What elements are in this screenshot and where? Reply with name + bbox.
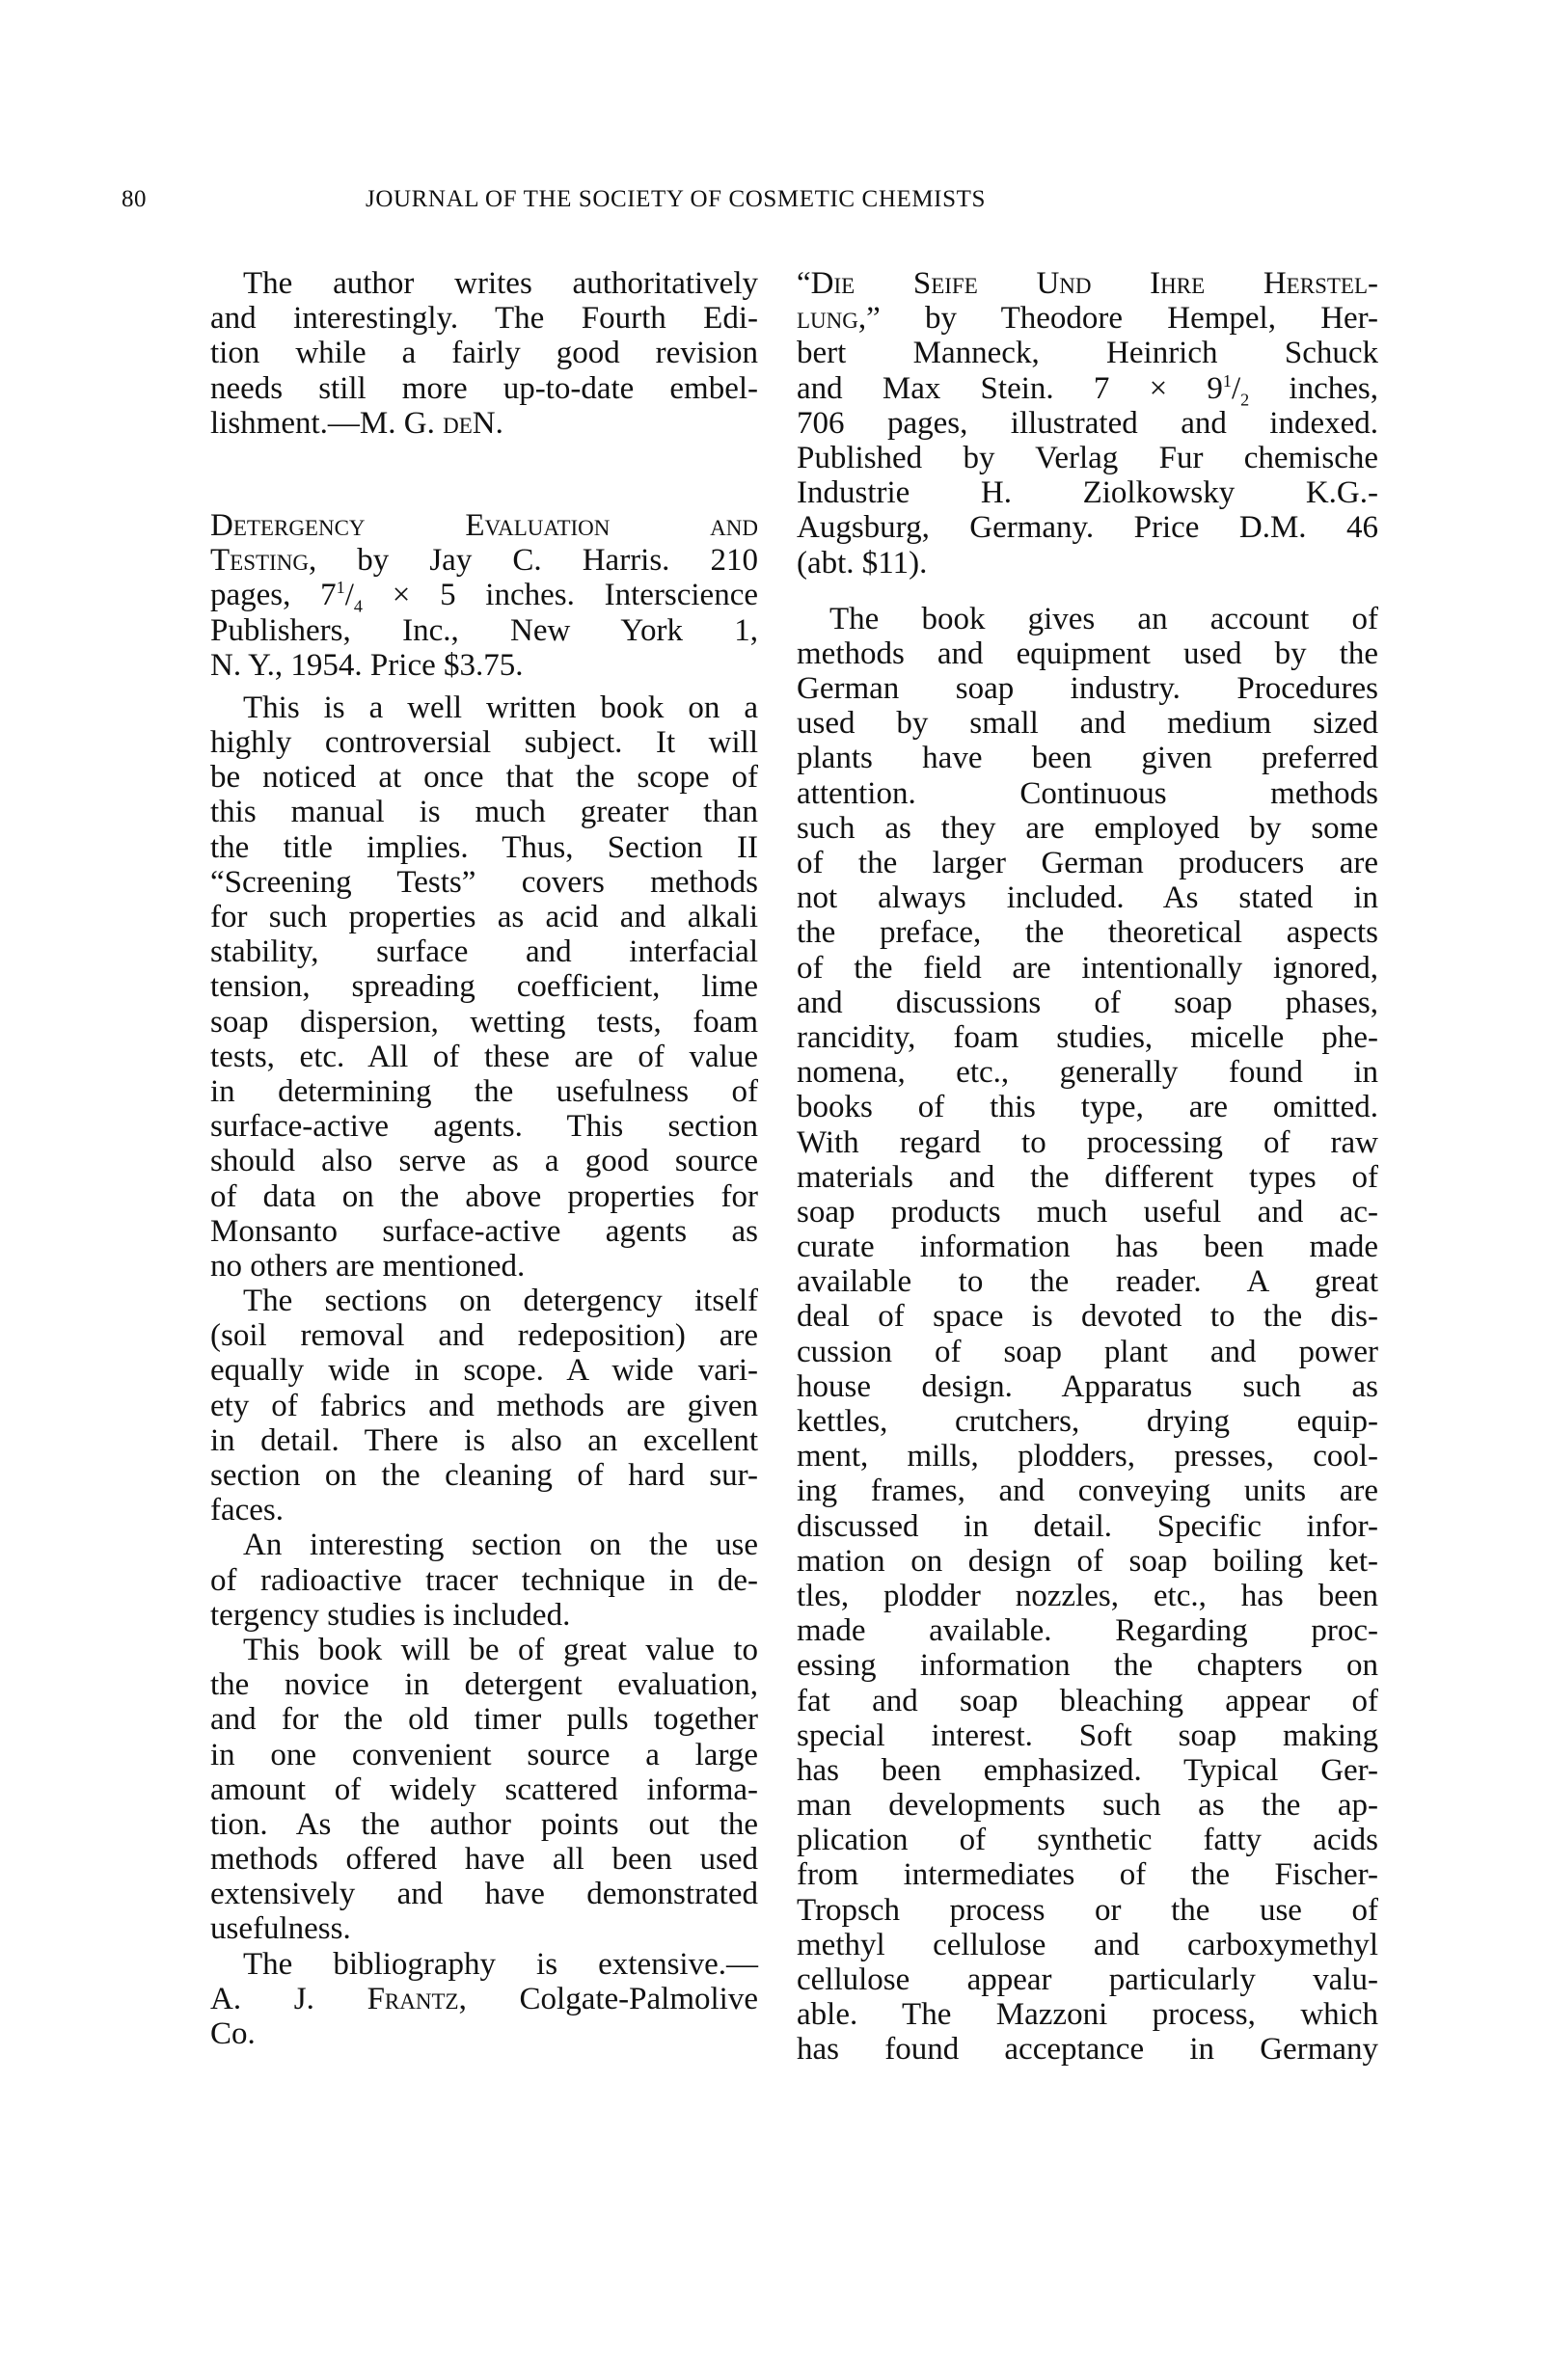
dims-rest: × 5 inches. Interscience [363, 578, 758, 612]
text-line: house design. Apparatus such as [797, 1369, 1378, 1404]
review-paragraph-4: This book will be of great value to the … [210, 1633, 758, 1947]
text-line: soap products much useful and ac- [797, 1195, 1378, 1230]
book-title-line: Testing, by Jay C. Harris. 210 [210, 543, 758, 578]
signature-suffix: . [496, 406, 503, 441]
text-line: Co. [210, 2016, 758, 2051]
text-line: and for the old timer pulls together [210, 1702, 758, 1737]
dims-text: pages, 7 [210, 578, 337, 612]
text-line: man developments such as the ap- [797, 1788, 1378, 1823]
book-pages-line: 706 pages, illustrated and indexed. [797, 406, 1378, 441]
book-publisher-line: Industrie H. Ziolkowsky K.G.- [797, 475, 1378, 510]
text-line: in determining the usefulness of [210, 1074, 758, 1109]
text-line: tension, spreading coefficient, lime [210, 969, 758, 1004]
book-entry-seife: “Die Seife Und Ihre Herstel- lung,” by T… [797, 266, 1378, 581]
text-line: no others are mentioned. [210, 1249, 758, 1284]
text-line: able. The Mazzoni process, which [797, 1997, 1378, 2032]
text-line: usefulness. [210, 1911, 758, 1946]
text-line: in detail. There is also an excellent [210, 1423, 758, 1458]
text-line: kettles, crutchers, drying equip- [797, 1404, 1378, 1439]
text-line: of the field are intentionally ignored, [797, 951, 1378, 986]
text-line: attention. Continuous methods [797, 776, 1378, 811]
review-paragraph-3: An interesting section on the use of rad… [210, 1528, 758, 1633]
text-line: methods offered have all been used [210, 1842, 758, 1877]
text-line: used by small and medium sized [797, 706, 1378, 741]
reviewer-signature-line: A. J. Frantz, Colgate-Palmolive [210, 1982, 758, 2016]
signature-prefix: lishment.—M. G. [210, 406, 443, 441]
text-line: available to the reader. A great [797, 1264, 1378, 1299]
book-authors-line: bert Manneck, Heinrich Schuck [797, 336, 1378, 370]
left-column: The author writes authoritatively and in… [210, 266, 758, 2051]
text-line: Tropsch process or the use of [797, 1893, 1378, 1928]
text-line: for such properties as acid and alkali [210, 900, 758, 934]
text-line: This is a well written book on a [210, 690, 758, 725]
text-line: fat and soap bleaching appear of [797, 1684, 1378, 1718]
journal-title: JOURNAL OF THE SOCIETY OF COSMETIC CHEMI… [366, 186, 986, 213]
section-gap [210, 441, 758, 508]
text-line: faces. [210, 1493, 758, 1528]
review-final-paragraph: The bibliography is extensive.— A. J. Fr… [210, 1947, 758, 2052]
book-title-word: Testing [210, 543, 309, 578]
book-authors: ,” by Theodore Hempel, Her- [858, 301, 1378, 336]
text-line: ing frames, and conveying units are [797, 1474, 1378, 1508]
text-line: discussed in detail. Specific infor- [797, 1509, 1378, 1544]
text-line: cussion of soap plant and power [797, 1335, 1378, 1369]
fraction: 1/4 [337, 578, 363, 612]
text-line: methods and equipment used by the [797, 636, 1378, 671]
text-line: the title implies. Thus, Section II [210, 830, 758, 865]
book-title-line: “Die Seife Und Ihre Herstel- [797, 266, 1378, 301]
reviewer-name: Frantz [367, 1982, 459, 2016]
text-line: surface-active agents. This section [210, 1109, 758, 1144]
text-line: The author writes authoritatively [210, 266, 758, 301]
text-line: extensively and have demonstrated [210, 1877, 758, 1911]
text-line: not always included. As stated in [797, 880, 1378, 915]
text-line: The bibliography is extensive.— [210, 1947, 758, 1982]
text-line: soap dispersion, wetting tests, foam [210, 1005, 758, 1040]
text-line: tion. As the author points out the [210, 1807, 758, 1842]
text-line: has been emphasized. Typical Ger- [797, 1753, 1378, 1788]
book-dimensions-line: pages, 71/4 × 5 inches. Interscience [210, 578, 758, 612]
book-entry-detergency: Detergency Evaluation and Testing, by Ja… [210, 508, 758, 683]
text-line: tergency studies is included. [210, 1598, 758, 1633]
book-publisher-line: Publishers, Inc., New York 1, [210, 613, 758, 648]
book-title-word: lung [797, 301, 858, 336]
text-line: should also serve as a good source [210, 1144, 758, 1178]
text-line: ment, mills, plodders, presses, cool- [797, 1439, 1378, 1474]
dims-text: and Max Stein. 7 × 9 [797, 371, 1223, 406]
text-line: equally wide in scope. A wide vari- [210, 1353, 758, 1388]
book-dimensions-line: and Max Stein. 7 × 91/2 inches, [797, 371, 1378, 406]
text-line: and discussions of soap phases, [797, 986, 1378, 1020]
text-line: tests, etc. All of these are of value [210, 1040, 758, 1074]
text-line: curate information has been made [797, 1230, 1378, 1264]
signature-initials: A. J. [210, 1982, 367, 2016]
text-line: An interesting section on the use [210, 1528, 758, 1562]
text-line: tion while a fairly good revision [210, 336, 758, 370]
text-line: section on the cleaning of hard sur- [210, 1458, 758, 1493]
text-line: amount of widely scattered informa- [210, 1772, 758, 1807]
text-line: This book will be of great value to [210, 1633, 758, 1667]
text-line: of data on the above properties for [210, 1179, 758, 1214]
fraction: 1/2 [1223, 371, 1249, 406]
text-line: this manual is much greater than [210, 795, 758, 829]
right-column: “Die Seife Und Ihre Herstel- lung,” by T… [797, 266, 1378, 2068]
text-line: “Screening Tests” covers methods [210, 865, 758, 900]
text-line: books of this type, are omitted. [797, 1090, 1378, 1124]
text-line: and interestingly. The Fourth Edi- [210, 301, 758, 336]
text-line: needs still more up-to-date embel- [210, 371, 758, 406]
text-line: essing information the chapters on [797, 1648, 1378, 1683]
review-paragraph-1: This is a well written book on a highly … [210, 690, 758, 1284]
review-paragraph-2: The sections on detergency itself (soil … [210, 1284, 758, 1528]
fraction-slash: / [345, 578, 354, 612]
text-line: of the larger German producers are [797, 846, 1378, 880]
text-line: nomena, etc., generally found in [797, 1055, 1378, 1090]
book-publisher-line: Published by Verlag Fur chemische [797, 441, 1378, 475]
text-line: of radioactive tracer technique in de- [210, 1563, 758, 1598]
book-price-line: N. Y., 1954. Price $3.75. [210, 648, 758, 683]
text-line: tles, plodder nozzles, etc., has been [797, 1579, 1378, 1613]
reviewer-name: deN [443, 406, 496, 441]
fraction-numerator: 1 [337, 578, 345, 597]
text-line: in one convenient source a large [210, 1738, 758, 1772]
reviewer-signature-line: lishment.—M. G. deN. [210, 406, 758, 441]
text-line: plication of synthetic fatty acids [797, 1823, 1378, 1857]
book-title-line: Detergency Evaluation and [210, 508, 758, 543]
section-gap [797, 581, 1378, 602]
text-line: special interest. Soft soap making [797, 1718, 1378, 1753]
text-line: deal of space is devoted to the dis- [797, 1299, 1378, 1334]
text-line: made available. Regarding proc- [797, 1613, 1378, 1648]
text-line: The sections on detergency itself [210, 1284, 758, 1318]
text-line: such as they are employed by some [797, 811, 1378, 846]
text-line: stability, surface and interfacial [210, 934, 758, 969]
text-line: German soap industry. Procedures [797, 671, 1378, 706]
text-line: the preface, the theoretical aspects [797, 915, 1378, 950]
text-line: The book gives an account of [797, 602, 1378, 636]
book-author: , by Jay C. Harris. 210 [309, 543, 758, 578]
text-line: (soil removal and redeposition) are [210, 1318, 758, 1353]
fraction-numerator: 1 [1223, 371, 1232, 391]
text-line: methyl cellulose and carboxymethyl [797, 1928, 1378, 1962]
page-number: 80 [122, 186, 147, 213]
text-line: be noticed at once that the scope of [210, 760, 758, 795]
text-line: ety of fabrics and methods are given [210, 1389, 758, 1423]
dims-rest: inches, [1249, 371, 1378, 406]
fraction-slash: / [1232, 371, 1240, 406]
section-gap [210, 683, 758, 690]
book-title-line: lung,” by Theodore Hempel, Her- [797, 301, 1378, 336]
text-line: from intermediates of the Fischer- [797, 1857, 1378, 1892]
text-line: highly controversial subject. It will [210, 725, 758, 760]
text-line: plants have been given preferred [797, 741, 1378, 775]
book-price-line: Augsburg, Germany. Price D.M. 46 [797, 510, 1378, 545]
text-line: the novice in detergent evaluation, [210, 1667, 758, 1702]
book-price-line: (abt. $11). [797, 546, 1378, 581]
review-paragraph-seife: The book gives an account of methods and… [797, 602, 1378, 2068]
text-line: mation on design of soap boiling ket- [797, 1544, 1378, 1579]
text-line: cellulose appear particularly valu- [797, 1962, 1378, 1997]
reviewer-affiliation: , Colgate-Palmolive [459, 1982, 758, 2016]
text-line: With regard to processing of raw [797, 1125, 1378, 1160]
running-head: 80 JOURNAL OF THE SOCIETY OF COSMETIC CH… [122, 186, 1395, 225]
text-line: Monsanto surface-active agents as [210, 1214, 758, 1249]
text-line: materials and the different types of [797, 1160, 1378, 1195]
text-line: has found acceptance in Germany [797, 2032, 1378, 2067]
closing-review-paragraph: The author writes authoritatively and in… [210, 266, 758, 441]
text-line: rancidity, foam studies, micelle phe- [797, 1020, 1378, 1055]
